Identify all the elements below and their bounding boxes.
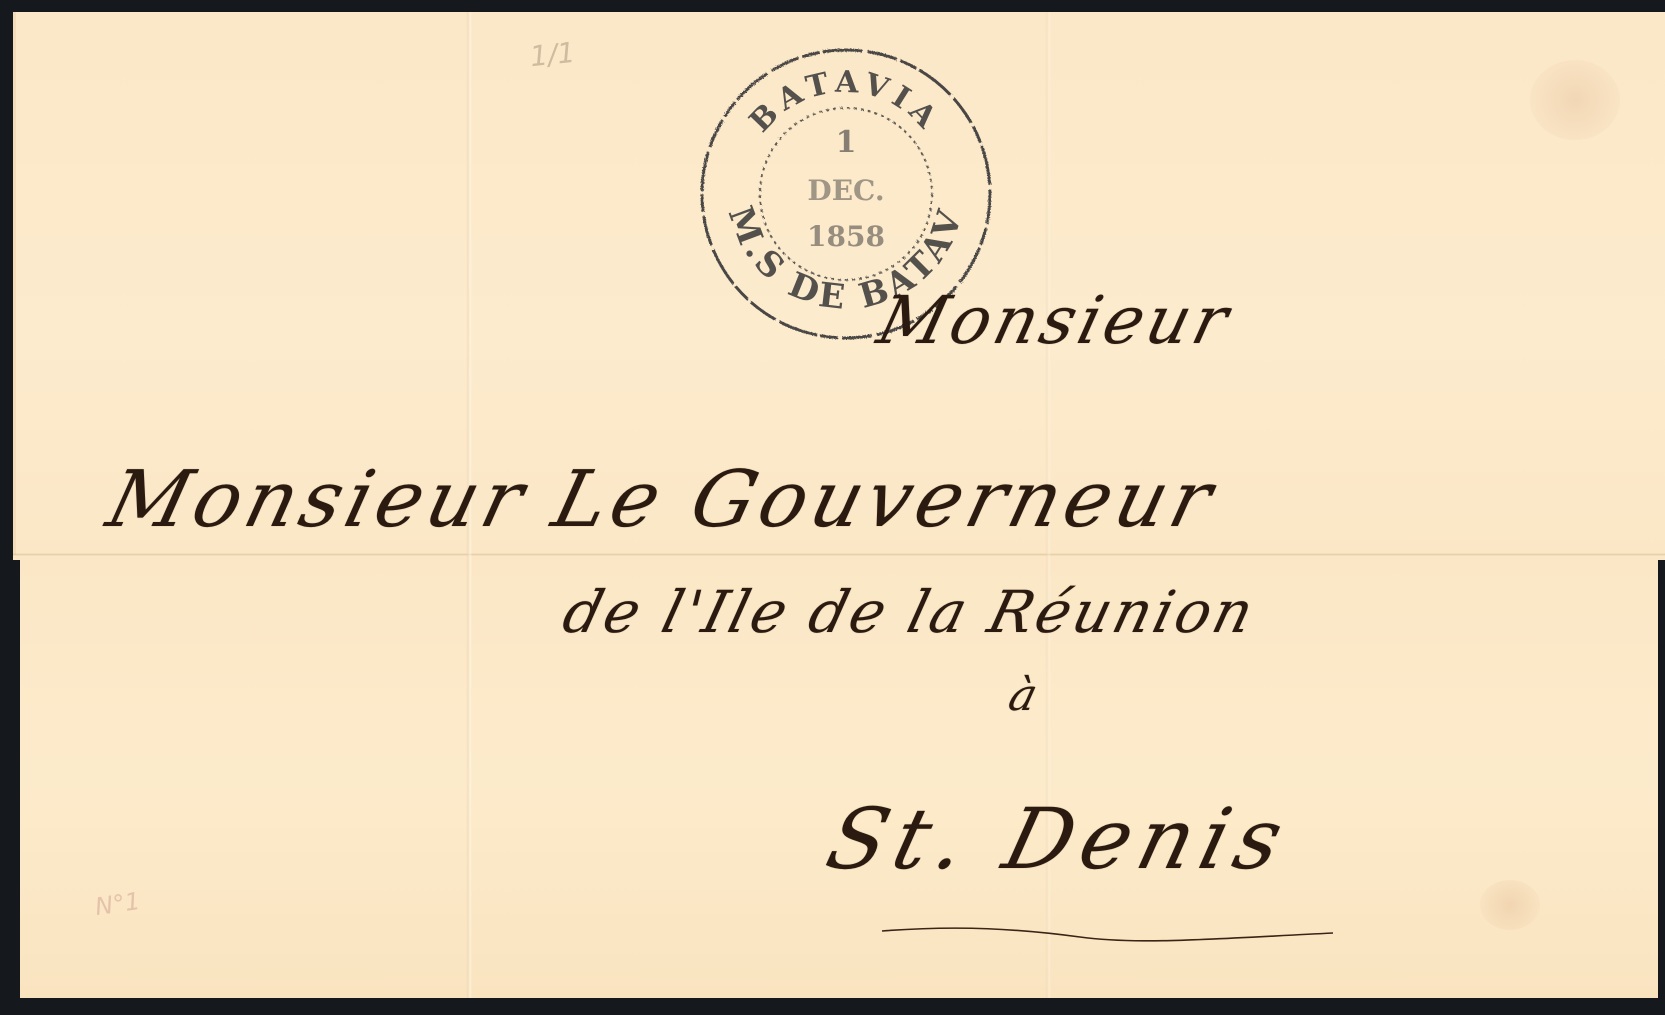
- address-line-2: de l'Ile de la Réunion: [557, 578, 1264, 646]
- address-city: St. Denis: [818, 790, 1300, 888]
- postmark-year: 1858: [807, 220, 885, 253]
- paper-stain: [1480, 880, 1540, 930]
- address-line-1: Monsieur Le Gouverneur: [99, 455, 1226, 545]
- city-underline: [880, 925, 1335, 945]
- salutation: Monsieur: [870, 282, 1239, 359]
- paper-stain: [1530, 60, 1620, 140]
- pencil-notation: 1/1: [528, 36, 576, 74]
- paper-edge: [13, 12, 16, 555]
- postmark-month: DEC.: [807, 174, 884, 207]
- postmark-day: 1: [836, 125, 857, 160]
- horizontal-fold: [13, 553, 1665, 556]
